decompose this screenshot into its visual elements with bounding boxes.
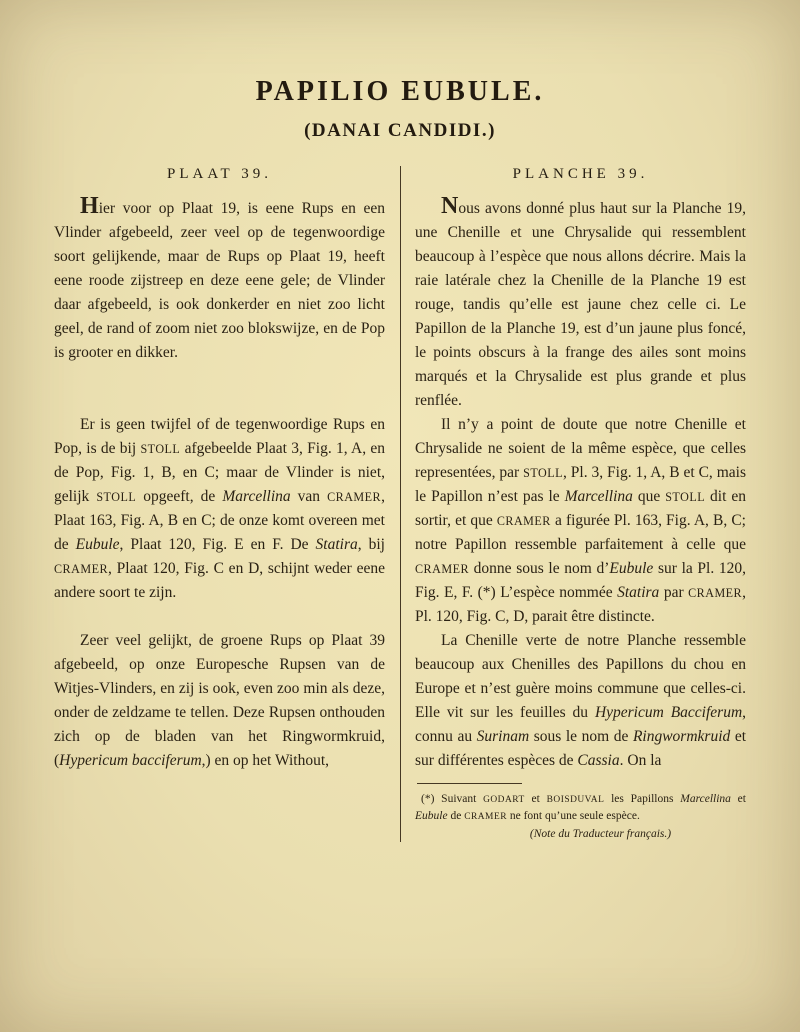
two-column-layout: PLAAT 39. PLANCHE 39. Hier voor op Plaat… [54,166,746,842]
column-divider-rule [400,166,401,842]
page-title: PAPILIO EUBULE. [0,0,800,108]
right-paragraph-2: Il n’y a point de doute que notre Chenil… [415,413,746,629]
footnote: (*) Suivant GODART et BOISDUVAL les Papi… [415,783,746,842]
right-paragraph-3: La Chenille verte de notre Planche resse… [415,629,746,773]
left-paragraph-1: Hier voor op Plaat 19, is eene Rups en e… [54,197,385,365]
right-paragraph-1: Nous avons donné plus haut sur la Planch… [415,197,746,413]
footnote-attribution: (Note du Traducteur français.) [415,826,746,842]
footnote-rule [417,783,522,784]
left-column-heading: PLAAT 39. [54,166,385,183]
page-subtitle: (DANAI CANDIDI.) [0,120,800,142]
book-page: PAPILIO EUBULE. (DANAI CANDIDI.) PLAAT 3… [0,0,800,1032]
right-column-heading: PLANCHE 39. [415,166,746,183]
left-paragraph-3: Zeer veel gelijkt, de groene Rups op Pla… [54,629,385,773]
footnote-text: (*) Suivant GODART et BOISDUVAL les Papi… [415,791,746,825]
left-paragraph-2: Er is geen twijfel of de tegenwoordige R… [54,413,385,605]
